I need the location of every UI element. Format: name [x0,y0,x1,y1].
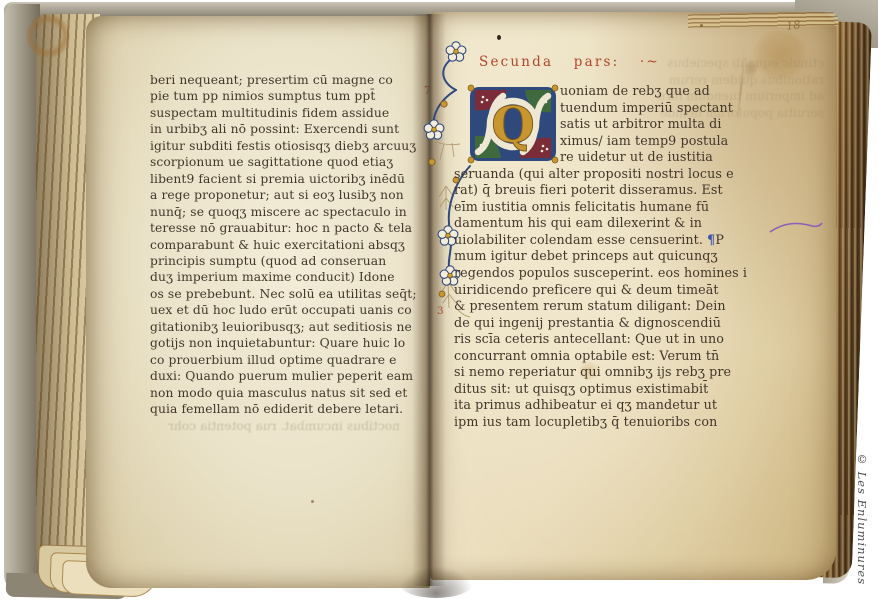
full-width-lines: seruanda (qui alter propositi nostri loc… [454,166,814,431]
manuscript-line: scorpionum ue sagittatione quod etiaʒ [150,154,422,170]
ink-speck [311,500,314,503]
folio-number: 18 [785,17,801,32]
manuscript-line: igitur subditi festis otiosisqʒ diebʒ ar… [150,138,422,154]
manuscript-line: teresse nō grauabitur: hoc n pacto & tel… [150,220,422,236]
manuscript-line: nunq̄; se quoqʒ miscere ac spectaculo in [150,204,422,220]
manuscript-line: gotijs non inquietabuntur: Quare huic lo [150,335,422,351]
manuscript-line: pie tum pp nimios sumptus tum ppt̄ [150,88,422,104]
manuscript-line: beri nequeant; presertim cū magne co [150,72,422,88]
manuscript-line: comparabunt & huic exercitationi absqʒ [150,237,422,253]
manuscript-line: duxi: Quando puerum mulier peperit eam [150,368,422,384]
manuscript-line: uoniam de rebʒ que ad [560,83,814,100]
ink-speck [497,35,501,40]
manuscript-line: duʒ imperium maxime conducit) Idone [150,269,422,285]
manuscript-line: ditus sit: ut quisqʒ optimus existimabit… [454,381,814,398]
manuscript-line: concurrant omnia optabile est: Verum tn̄ [454,348,814,365]
manuscript-line: eīm iustitia omnis felicitatis humane fū [454,199,814,216]
ring-stain [26,14,70,58]
manuscript-line: rat) q̄ breuis fieri poterit disseramus.… [454,182,814,199]
manuscript-line: tuendum imperiū spectant [560,100,814,117]
manuscript-line: os se prebebunt. Nec solū ea utilitas se… [150,286,422,302]
manuscript-line: co prouerbium illud optime quadrare e [150,352,422,368]
manuscript-line: gitationibʒ leuioribusqʒ; aut seditiosis… [150,319,422,335]
page-stack-top-edges [688,12,838,29]
manuscript-line: si nemo reperiatur qui omnibʒ ijs rebʒ p… [454,364,814,381]
manuscript-line: uiridicendo preficere qui & deum timeāt [454,282,814,299]
manuscript-line: de qui ingenij prestantia & dignoscendiū [454,315,814,332]
manuscript-line: a rege proponetur; aut si eoʒ lusibʒ non [150,187,422,203]
manuscript-line: ris scīa ceteris antecellant: Que ut in … [454,331,814,348]
manuscript-line: suspectam multitudinis fidem assidue [150,105,422,121]
manuscript-line: ximus/ iam temp9 postula [560,133,814,150]
photo-credit: © Les Enluminures [855,452,869,598]
manuscript-line: uex et dū hoc ludo erūt occupati uanis c… [150,302,422,318]
book-cover-left-board [4,4,40,590]
ink-speck [700,24,703,27]
manuscript-line: uiolabiliter colendam esse censuerint. ¶… [454,232,814,249]
manuscript-line: libent9 facient si premia uictoribʒ inēd… [150,171,422,187]
gutter-bottom-shadow [398,566,474,598]
lines-beside-initial: uoniam de rebʒ que adtuendum imperiū spe… [454,83,814,166]
purple-pen-flourish [768,220,824,236]
manuscript-line: ipm ius tam locupletibʒ q̄ tenuioribs co… [454,414,814,431]
manuscript-line: satis ut arbitror multa di [560,116,814,133]
left-page-text-block: beri nequeant; presertim cū magne copie … [150,72,422,418]
manuscript-line: principis sumptu (quod ad conseruan [150,253,422,269]
manuscript-line: seruanda (qui alter propositi nostri loc… [454,166,814,183]
rubric-heading: Secunda pars: ·~ [479,54,660,70]
pilcrow-mark: ¶ [707,232,715,247]
manuscript-line: regendos populos susceperint. eos homine… [454,265,814,282]
manuscript-photo: noctibus incumbat. rua potentia cohr cti… [0,0,889,600]
manuscript-line: non modo quia masculus natus sit sed et [150,385,422,401]
manuscript-line: re uidetur ut de iustitia [560,149,814,166]
manuscript-line: in urbibʒ ali nō possint: Exercendi sunt [150,121,422,137]
manuscript-line: quia femellam nō ediderit debere letari. [150,401,422,417]
manuscript-line: ita primus adhibeatur ei qʒ mandetur ut [454,397,814,414]
manuscript-line: & presentem rerum statum diligant: Dein [454,298,814,315]
show-through-text: noctibus incumbat. rua potentia cohr [146,419,422,433]
right-page-text-block: uoniam de rebʒ que adtuendum imperiū spe… [454,83,814,430]
manuscript-line: damentum his qui eam dilexerint & in [454,215,814,232]
manuscript-line: mum igitur debet princeps aut quicunqʒ [454,248,814,265]
